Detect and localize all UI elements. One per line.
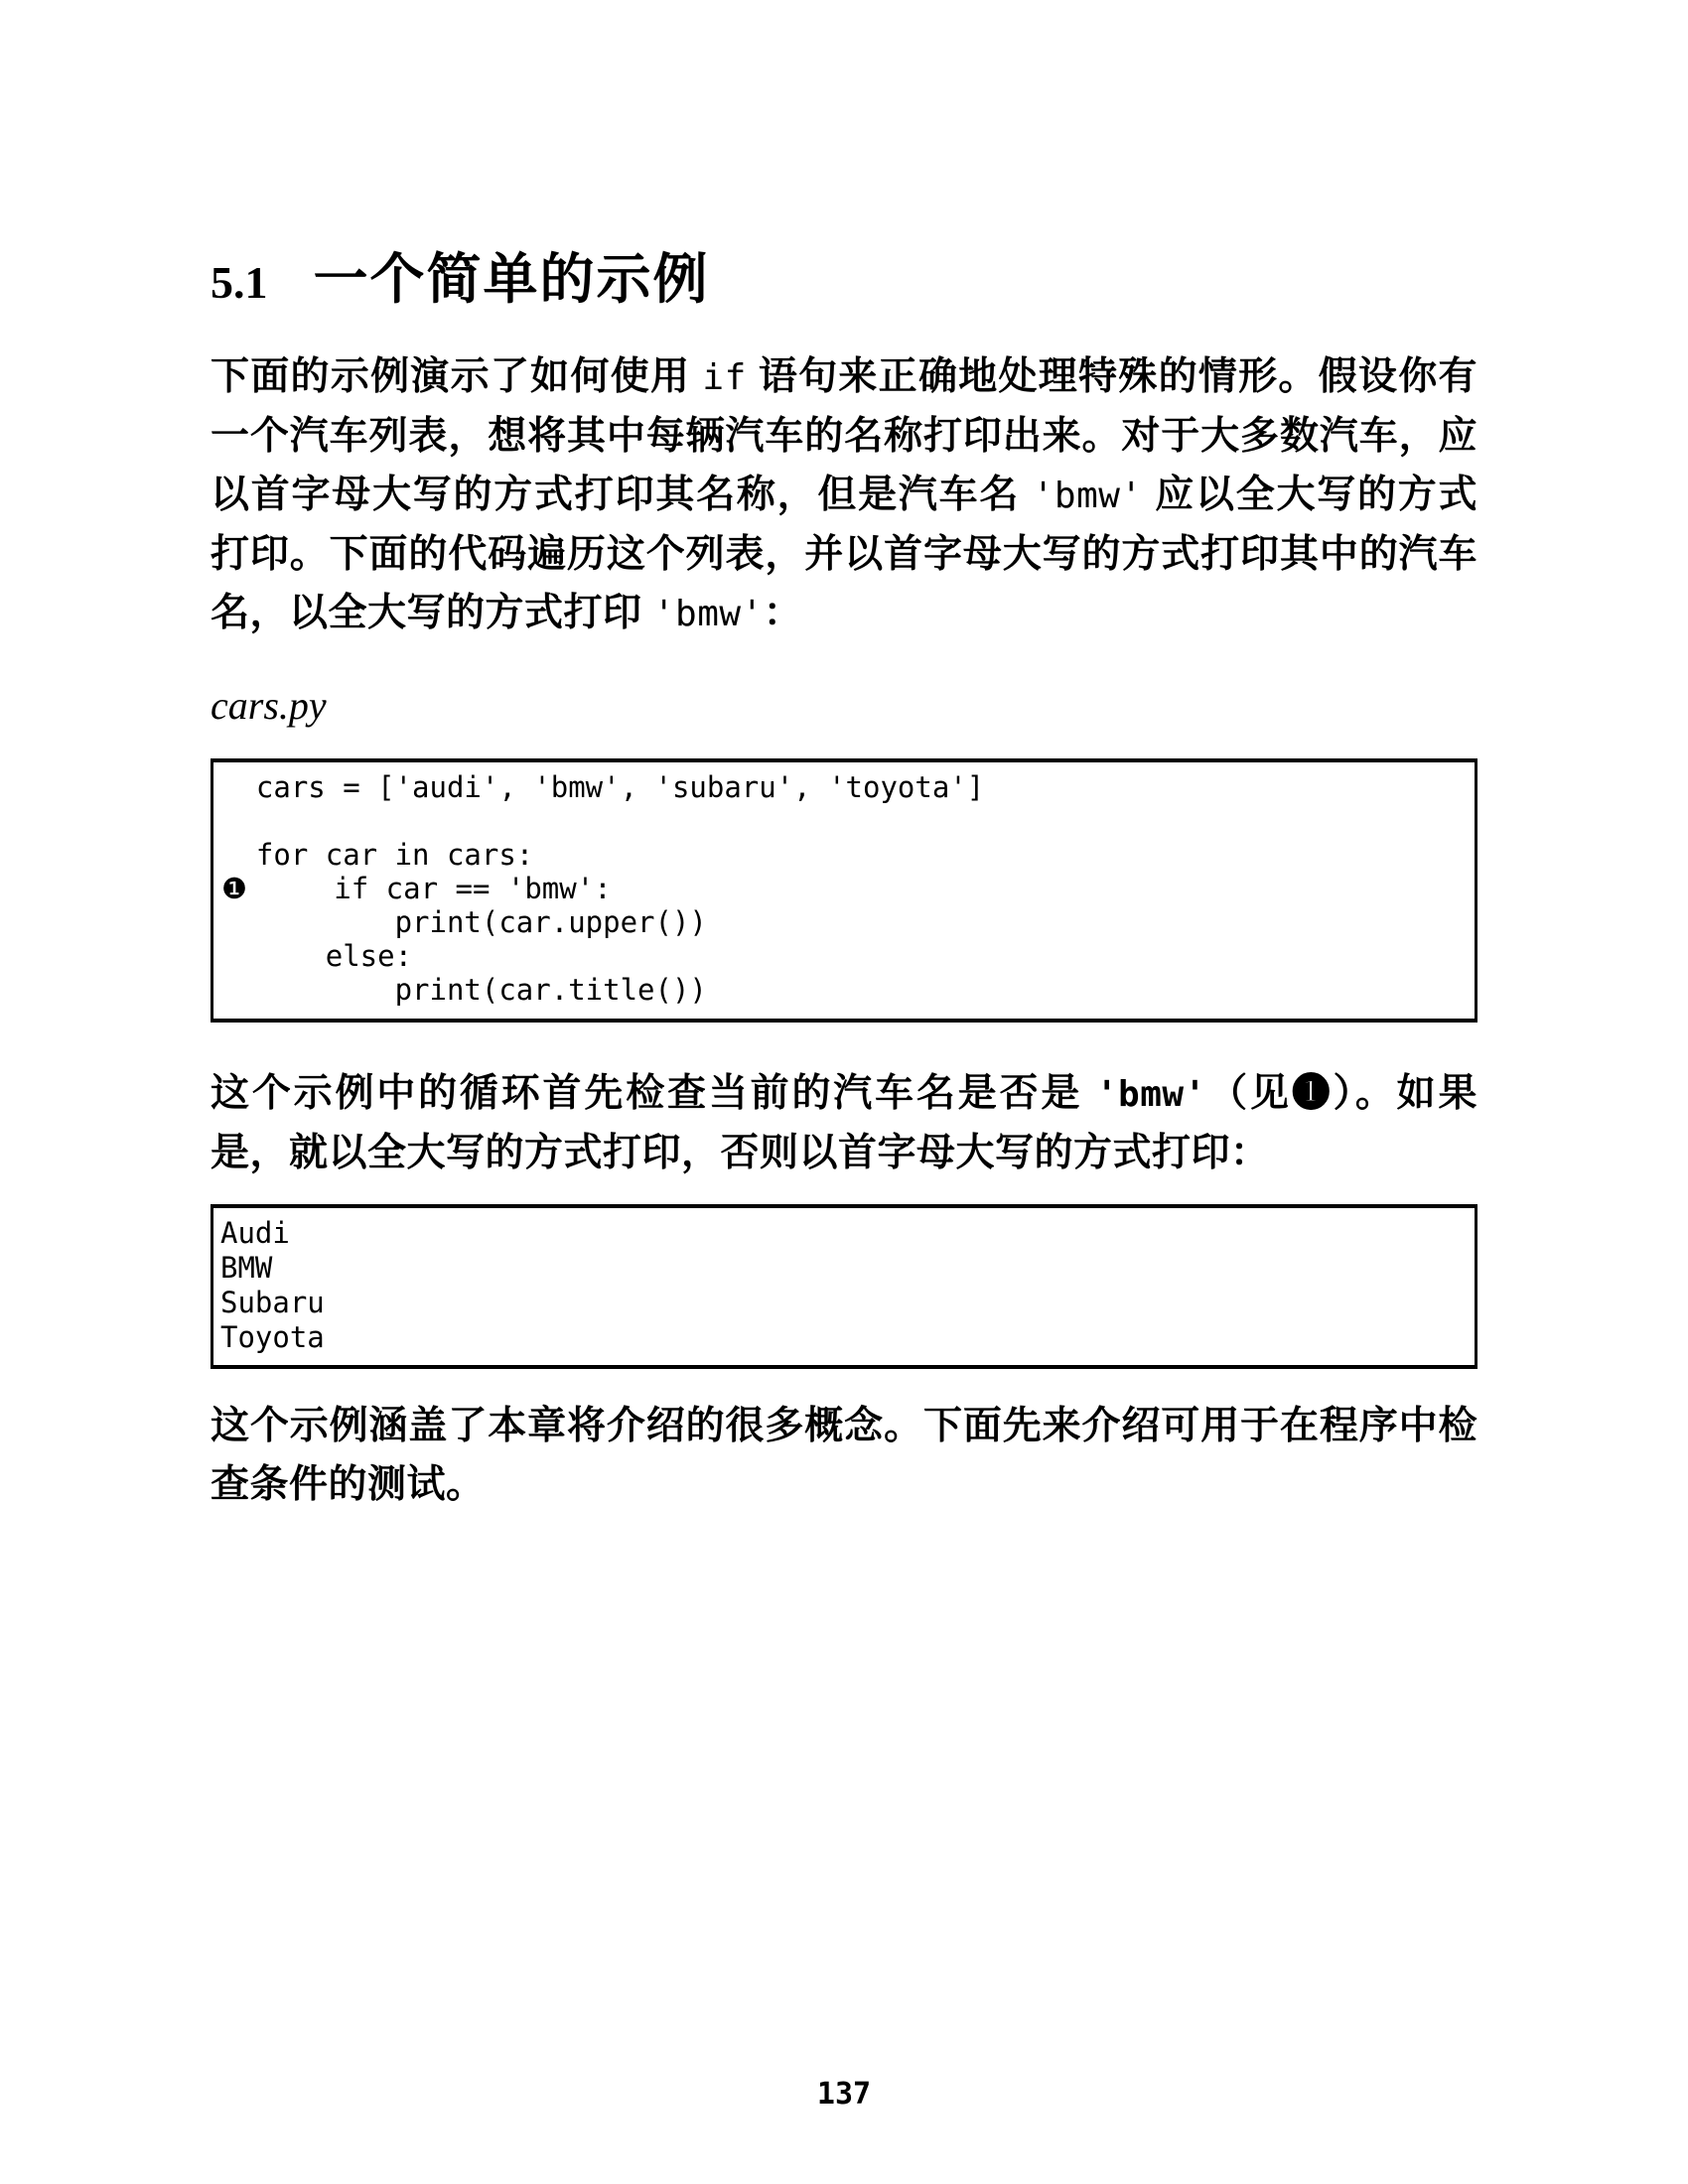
code-listing-box: cars = ['audi', 'bmw', 'subaru', 'toyota… xyxy=(211,758,1477,1023)
intro-text-1: 下面的示例演示了如何使用 xyxy=(211,355,702,398)
page-content: 5.1 一个简单的示例 下面的示例演示了如何使用 if 语句来正确地处理特殊的情… xyxy=(211,244,1477,1514)
inline-code-bmw-1: 'bmw' xyxy=(1033,476,1143,516)
intro-text-4: ： xyxy=(764,592,803,634)
explain-text-1: 这个示例中的循环首先检查当前的汽车名是否是 xyxy=(211,1072,1096,1115)
paragraph-intro: 下面的示例演示了如何使用 if 语句来正确地处理特殊的情形。假设你有一个汽车列表… xyxy=(211,347,1477,643)
paragraph-closing: 这个示例涵盖了本章将介绍的很多概念。下面先来介绍可用于在程序中检查条件的测试。 xyxy=(211,1397,1477,1514)
inline-code-bmw-2: 'bmw' xyxy=(653,594,764,634)
inline-code-if: if xyxy=(702,357,746,398)
paragraph-explain: 这个示例中的循环首先检查当前的汽车名是否是 'bmw'（见❶）。如果是，就以全大… xyxy=(211,1064,1477,1182)
output-text: Audi BMW Subaru Toyota xyxy=(220,1216,1465,1355)
code-listing: cars = ['audi', 'bmw', 'subaru', 'toyota… xyxy=(221,770,1465,1007)
section-title: 一个简单的示例 xyxy=(314,244,710,314)
section-number: 5.1 xyxy=(211,248,268,318)
listing-filename: cars.py xyxy=(211,683,1477,729)
output-box: Audi BMW Subaru Toyota xyxy=(211,1204,1477,1369)
inline-code-bmw-bold: 'bmw' xyxy=(1096,1074,1206,1115)
page-number: 137 xyxy=(0,2077,1688,2112)
section-heading: 5.1 一个简单的示例 xyxy=(211,244,1477,318)
